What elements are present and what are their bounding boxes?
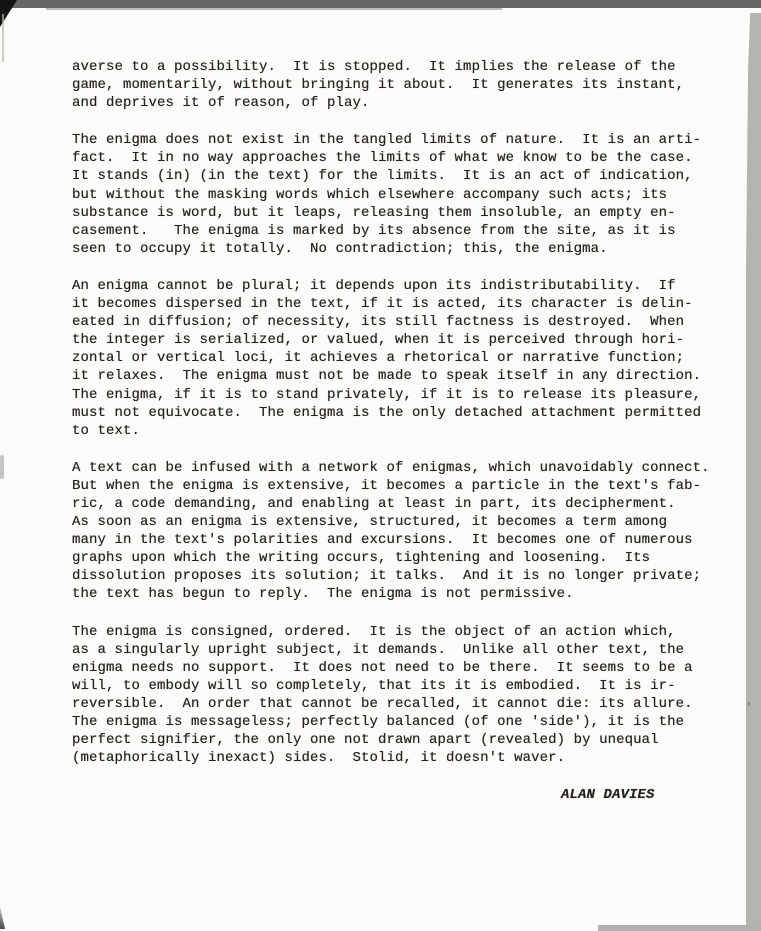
scan-edge-top bbox=[0, 0, 761, 8]
scan-right-tick-mark: › bbox=[746, 700, 751, 709]
author-signature: ALAN DAVIES bbox=[561, 786, 740, 804]
document-body: averse to a possibility. It is stopped. … bbox=[72, 58, 740, 804]
paragraph-5: The enigma is consigned, ordered. It is … bbox=[72, 623, 740, 768]
paragraph-2: The enigma does not exist in the tangled… bbox=[72, 131, 740, 258]
scan-left-smudge bbox=[0, 455, 4, 479]
scan-bottom-left-mark bbox=[0, 907, 5, 929]
scanned-document-page: › averse to a possibility. It is stopped… bbox=[0, 0, 761, 931]
paragraph-3: An enigma cannot be plural; it depends u… bbox=[72, 277, 740, 440]
scan-left-hairline bbox=[2, 14, 4, 62]
scan-edge-bottom bbox=[598, 925, 761, 931]
scan-edge-right bbox=[746, 13, 761, 931]
paragraph-1: averse to a possibility. It is stopped. … bbox=[72, 58, 740, 112]
paragraph-4: A text can be infused with a network of … bbox=[72, 459, 740, 604]
